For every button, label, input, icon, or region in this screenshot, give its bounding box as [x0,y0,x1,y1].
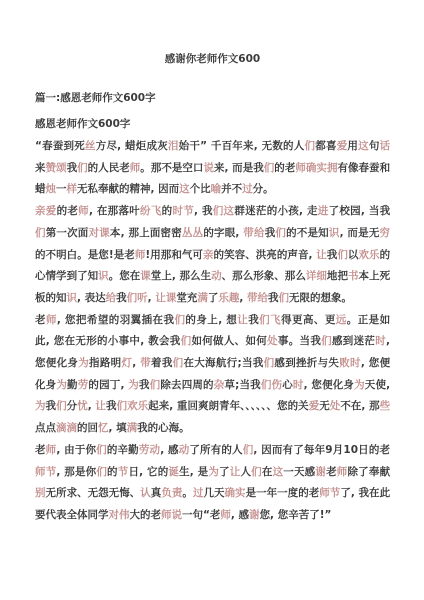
light-char: 让 [316,249,327,261]
light-char: 节 [46,466,57,478]
light-char: 泪 [168,140,179,152]
light-char: 师 [78,205,89,217]
light-char: 这 [358,140,369,152]
light-char: 别 [35,487,46,499]
light-char: 丛 [182,227,193,239]
essay-paragraph: 老师, 您把希望的羽翼插在我们的身上, 想让我们飞得更高、更远。正是如此, 您在… [35,310,390,440]
essay-subtitle: 感恩老师作文600字 [35,117,390,131]
document-body: “春蚕到死丝方尽, 蜡炬成灰泪始干” 千百年来, 无数的人们都喜爱用这句话来赞颂… [35,136,390,527]
document-page: 感谢你老师作文600 篇一:感恩老师作文600字 感恩老师作文600字 “春蚕到… [0,0,424,600]
light-char: 们 [213,205,224,217]
light-char: 动 [179,444,190,456]
light-char: 进 [318,205,329,217]
light-char: 们 [264,357,275,369]
light-char: 师 [46,444,57,456]
light-char: 详 [306,270,317,282]
light-char: 说 [172,509,183,521]
light-char: 穷 [380,227,391,239]
light-char: 欢 [127,400,138,412]
light-char: 师 [46,314,57,326]
light-char: 们 [251,466,262,478]
light-char: 们 [117,400,128,412]
light-char: 们 [35,227,46,239]
light-char: 话 [380,140,391,152]
light-char: 们 [150,379,161,391]
light-char: 带 [243,227,254,239]
light-char: 让 [230,466,241,478]
light-char: 们 [321,335,332,347]
light-char: 远 [336,314,347,326]
light-char: 对 [109,509,120,521]
light-char: 课 [166,292,177,304]
light-char: 们 [259,314,270,326]
light-char: 飞 [270,314,281,326]
light-char: 爱 [309,400,320,412]
light-char: 忆 [98,422,109,434]
light-char: 为 [354,379,365,391]
light-char: 伟 [119,509,130,521]
light-char: 颂 [56,162,67,174]
light-char: 书 [348,270,359,282]
light-char: 们 [181,335,192,347]
light-char: 确 [306,162,317,174]
light-char: 处 [330,400,341,412]
light-char: 欢 [358,249,369,261]
light-char: 劳 [139,444,150,456]
light-char: 课 [99,227,110,239]
light-char: 诞 [168,466,179,478]
light-char: 认 [140,487,151,499]
light-char: 满 [197,292,208,304]
light-char: 们 [96,466,107,478]
light-char: 时 [172,205,183,217]
light-char: 时 [350,357,361,369]
light-char: 说 [203,162,214,174]
light-char: 节 [118,466,129,478]
light-char: 忧 [77,400,88,412]
light-char: 让 [95,400,106,412]
light-char: 乐 [369,249,380,261]
light-char: 趣 [229,292,240,304]
light-char: 们 [96,444,107,456]
light-char: 动 [211,270,222,282]
light-char: 们 [173,357,184,369]
light-char: 识 [98,270,109,282]
light-char: 丛 [193,227,204,239]
light-char: 们 [264,162,275,174]
light-char: 伤 [272,379,283,391]
light-char: 们 [77,162,88,174]
light-char: 拥 [327,162,338,174]
light-char: 们 [127,292,138,304]
light-char: 滴 [67,422,78,434]
light-char: 识 [67,292,78,304]
light-char: 喻 [211,183,222,195]
light-char: 谢 [315,466,326,478]
light-char: 节 [183,205,194,217]
light-char: 识 [329,227,340,239]
light-char: 过 [242,183,253,195]
light-char: 师 [35,466,46,478]
light-char: 这 [224,205,235,217]
light-char: 过 [193,487,204,499]
light-char: 纷 [140,205,151,217]
light-char: 杂 [214,379,225,391]
light-char: 带 [247,292,258,304]
light-char: 为 [35,400,46,412]
section-heading: 篇一:感恩老师作文600字 [35,91,390,105]
light-char: 们 [174,314,185,326]
light-char: 动 [150,444,161,456]
document-title: 感谢你老师作文600 [35,52,390,66]
light-char: 乐 [218,292,229,304]
light-char: 师 [319,487,330,499]
light-char: 为 [128,379,139,391]
light-char: 让 [155,292,166,304]
light-char: 样 [67,183,78,195]
light-char: 们 [56,400,67,412]
light-char: 细 [316,270,327,282]
light-char: 时 [375,335,386,347]
light-char: 确 [225,487,236,499]
light-char: 们 [243,444,254,456]
light-char: 这 [179,183,190,195]
light-char: 责 [172,487,183,499]
light-char: 败 [339,357,350,369]
light-char: 为 [208,466,219,478]
light-char: 师 [161,509,172,521]
light-char: 实 [316,162,327,174]
light-char: 烛 [46,183,57,195]
light-char: 让 [237,314,248,326]
light-char: 师 [130,162,141,174]
light-char: 给 [254,227,265,239]
light-char: 亲 [35,205,46,217]
light-char: 滴 [56,422,67,434]
essay-paragraph: 亲爱的老师, 在那落叶纷飞的时节, 我们这群迷茫的小孩, 走进了校园, 当我们第… [35,201,390,310]
light-char: 时 [293,379,304,391]
light-char: 节 [330,487,341,499]
light-char: 劳 [78,379,89,391]
light-char: 课 [140,270,151,282]
light-char: 们 [337,249,348,261]
essay-paragraph: 老师, 由于你们的辛勤劳动, 感动了所有的人们, 因而有了每年9月10日的老师节… [35,440,390,527]
light-char: 们 [275,227,286,239]
light-char: 师 [295,162,306,174]
light-char: 爱 [337,140,348,152]
light-char: 丝 [85,140,96,152]
light-char: 们 [261,379,272,391]
light-char: 灯 [121,357,132,369]
light-char: 乐 [138,400,149,412]
light-char: 师 [220,509,231,521]
light-char: 对 [89,227,100,239]
light-char: 些 [380,400,391,412]
light-char: 负 [161,487,172,499]
light-char: 听 [137,292,148,304]
light-char: 为 [78,357,89,369]
light-char: 们 [278,292,289,304]
light-char: 师 [135,249,146,261]
light-char: 实 [235,487,246,499]
light-char: 亲 [203,249,214,261]
light-char: 给 [257,292,268,304]
light-char: 这 [273,466,284,478]
light-char: 师 [337,466,348,478]
light-char: 带 [140,357,151,369]
light-char: 爱 [46,205,57,217]
light-char: 满 [127,422,138,434]
essay-paragraph: “春蚕到死丝方尽, 蜡炬成灰泪始干” 千百年来, 无数的人们都喜爱用这句话来赞颂… [35,136,390,201]
light-char: 们 [305,140,316,152]
light-char: 给 [106,292,117,304]
light-char: 为 [56,379,67,391]
light-char: 谢 [249,509,260,521]
light-char: 赞 [46,162,57,174]
light-char: 飞 [151,205,162,217]
light-char: 处 [267,335,278,347]
